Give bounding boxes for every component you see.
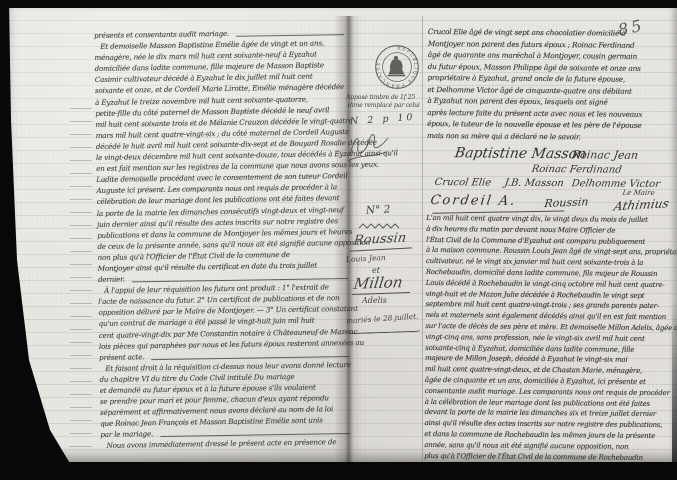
margin-bride-firstname: Adelis	[362, 296, 387, 305]
margin-groom-firstnames: Louis Jean	[346, 253, 386, 264]
signature: Roinac Ferdinand	[531, 164, 623, 176]
signatures-block: Baptistine Masson Roinac Jean Roinac Fer…	[426, 141, 677, 215]
manuscript-line: plus qu'à l'Officier de l'État Civil de …	[424, 451, 676, 462]
signature: Roussin	[544, 195, 589, 210]
signature: Athimius	[613, 196, 670, 213]
act2-text: L'an mil huit cent quatre vingt dix, le …	[424, 213, 677, 462]
left-page-text: présents et consentants audit mariage.Et…	[94, 26, 355, 452]
act1-continuation: Crucol Elie âgé de vingt sept ans chocol…	[427, 26, 677, 143]
register-double-page: présents et consentants audit mariage.Et…	[8, 8, 677, 462]
signature-underline	[432, 210, 564, 213]
signature: J.B. Masson	[504, 178, 565, 190]
signature: Baptistine Masson	[454, 145, 588, 162]
margin-note-line2: dime remplacé par celui	[348, 102, 420, 109]
signature: Roinac Jean	[571, 148, 639, 162]
signature-flourish	[346, 128, 392, 162]
margin-marriage-date: mariés le 28 juillet.	[346, 311, 419, 325]
margin-groom-name: Roussin	[353, 231, 407, 249]
act-number: N° 2	[366, 203, 391, 216]
margin-bride-name: Millon	[353, 273, 404, 293]
signature: Cordeil A.	[429, 193, 517, 209]
margin-note-line1: Apposé timbre de 1f 25	[346, 94, 415, 101]
seated-figure-icon	[388, 56, 406, 76]
divider-squiggle	[358, 222, 404, 230]
right-page-margin: RÉPUBLIQUE FRANÇAISE Apposé timbre de 1f…	[346, 16, 426, 462]
margin-paraph: N 2 p 10	[350, 112, 416, 128]
signature: Crucol Elie	[434, 177, 492, 188]
scan-right-edge-shadow	[672, 300, 677, 462]
margin-rule-line	[422, 16, 423, 462]
underline-flourish	[348, 329, 420, 335]
ruled-line-stubs	[70, 108, 92, 452]
right-page-text: Crucol Elie âgé de vingt sept ans chocol…	[424, 26, 677, 462]
signature-title: Le Maire	[622, 189, 655, 197]
republique-francaise-stamp: RÉPUBLIQUE FRANÇAISE	[374, 44, 420, 90]
